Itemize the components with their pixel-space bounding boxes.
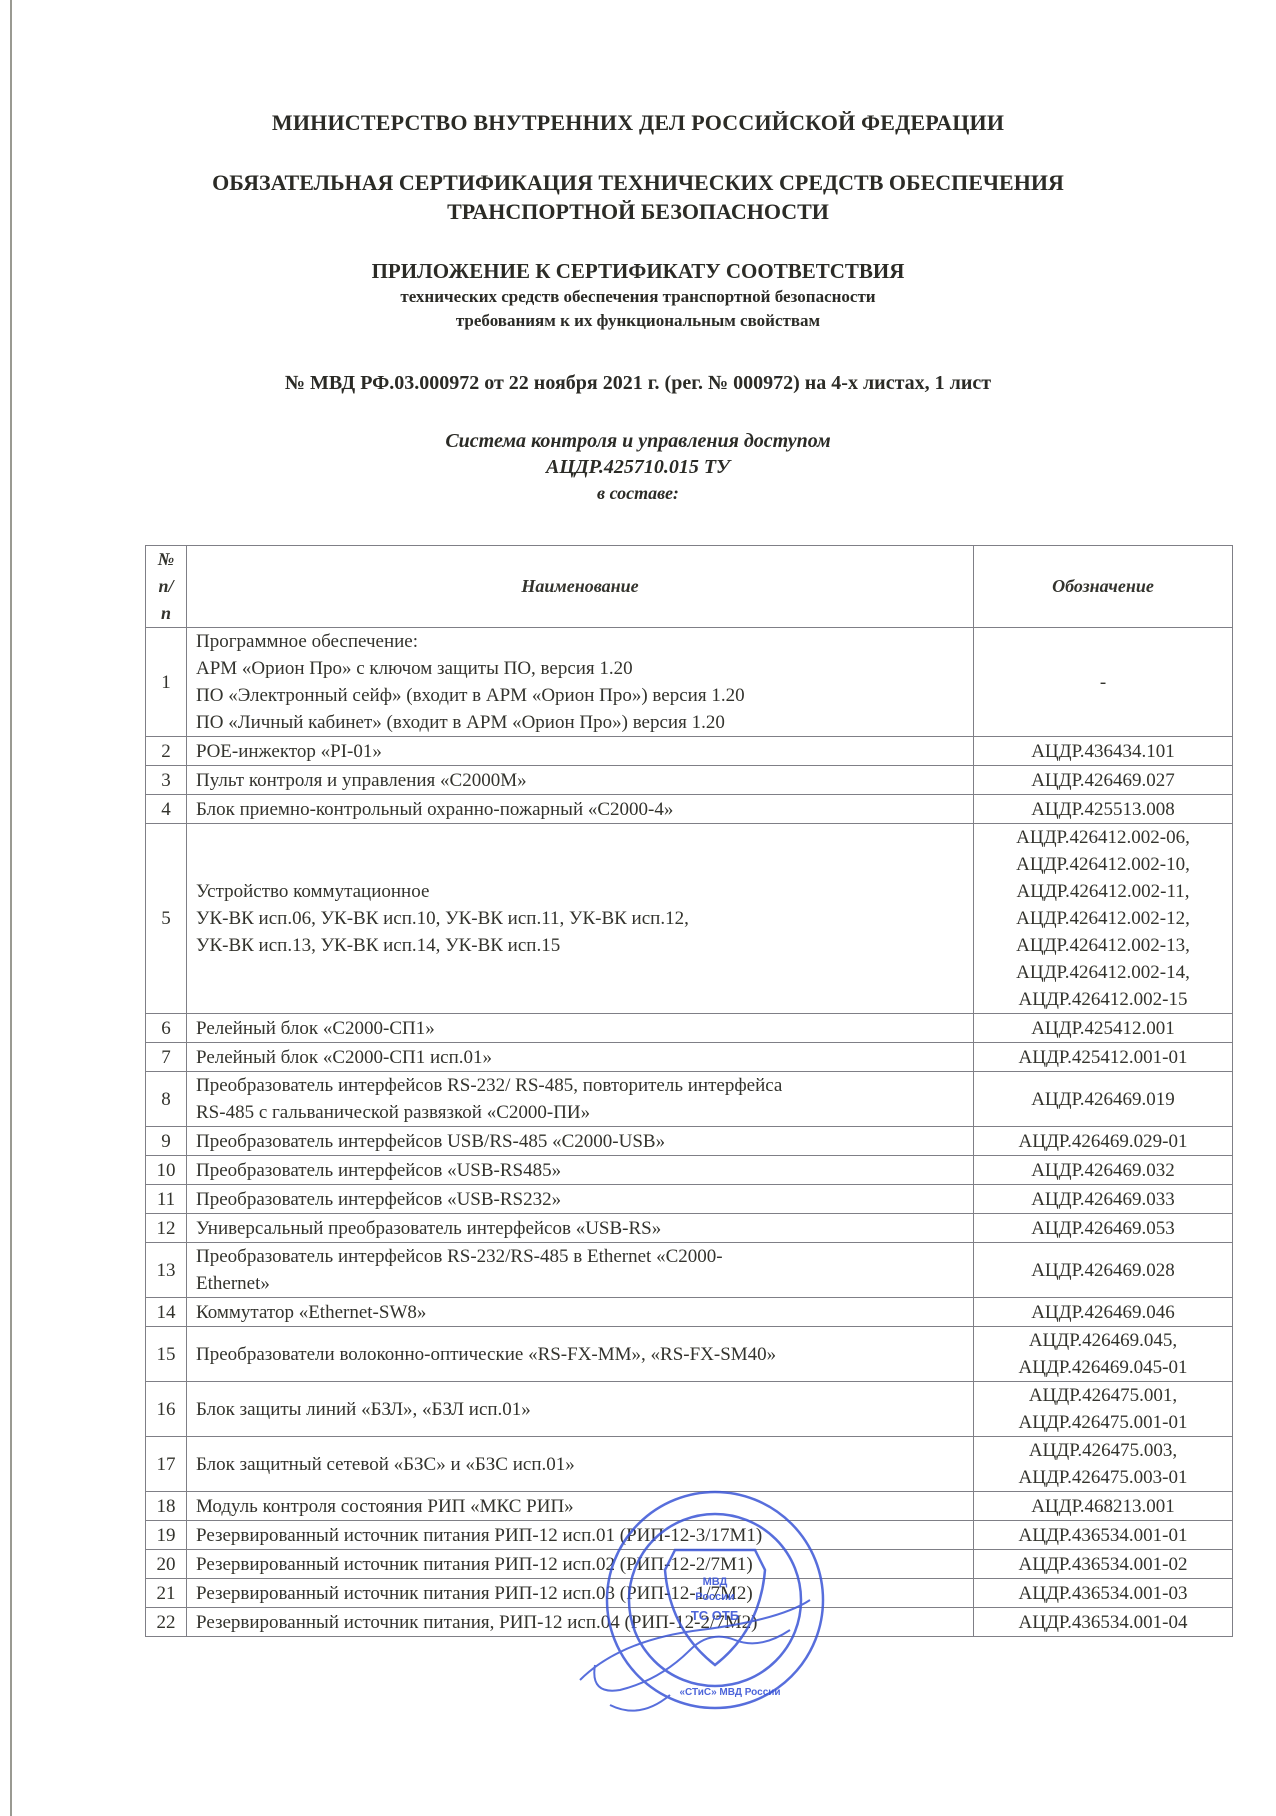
row-number: 21 — [146, 1579, 187, 1608]
row-number: 19 — [146, 1521, 187, 1550]
table-row: 15Преобразователи волоконно-оптические «… — [146, 1327, 1233, 1382]
row-number: 5 — [146, 824, 187, 1014]
row-name: Преобразователь интерфейсов RS-232/RS-48… — [187, 1243, 974, 1298]
row-designation: АЦДР.436534.001-01 — [974, 1521, 1233, 1550]
appendix-subtitle-2: требованиям к их функциональным свойства… — [0, 309, 1276, 333]
row-designation: АЦДР.425513.008 — [974, 795, 1233, 824]
row-designation: АЦДР.426469.029-01 — [974, 1127, 1233, 1156]
table-row: 5Устройство коммутационноеУК-ВК исп.06, … — [146, 824, 1233, 1014]
row-designation: АЦДР.426469.032 — [974, 1156, 1233, 1185]
row-number: 14 — [146, 1298, 187, 1327]
certification-line-2: ТРАНСПОРТНОЙ БЕЗОПАСНОСТИ — [0, 197, 1276, 226]
row-designation: АЦДР.426475.003,АЦДР.426475.003-01 — [974, 1437, 1233, 1492]
row-name: Преобразователь интерфейсов USB/RS-485 «… — [187, 1127, 974, 1156]
table-row: 2POE-инжектор «PI-01»АЦДР.436434.101 — [146, 737, 1233, 766]
table-row: 7Релейный блок «С2000-СП1 исп.01»АЦДР.42… — [146, 1043, 1233, 1072]
certificate-number: № МВД РФ.03.000972 от 22 ноября 2021 г. … — [0, 372, 1276, 395]
row-designation: АЦДР.436534.001-02 — [974, 1550, 1233, 1579]
table-row: 21Резервированный источник питания РИП-1… — [146, 1579, 1233, 1608]
row-number: 11 — [146, 1185, 187, 1214]
certification-line-1: ОБЯЗАТЕЛЬНАЯ СЕРТИФИКАЦИЯ ТЕХНИЧЕСКИХ СР… — [0, 168, 1276, 197]
row-name: Релейный блок «С2000-СП1» — [187, 1014, 974, 1043]
row-number: 13 — [146, 1243, 187, 1298]
table-row: 12Универсальный преобразователь интерфей… — [146, 1214, 1233, 1243]
row-number: 7 — [146, 1043, 187, 1072]
system-code: АЦДР.425710.015 ТУ — [0, 454, 1276, 480]
table-row: 10Преобразователь интерфейсов «USB-RS485… — [146, 1156, 1233, 1185]
table-row: 4Блок приемно-контрольный охранно-пожарн… — [146, 795, 1233, 824]
row-number: 16 — [146, 1382, 187, 1437]
row-number: 20 — [146, 1550, 187, 1579]
row-number: 18 — [146, 1492, 187, 1521]
row-number: 2 — [146, 737, 187, 766]
row-number: 4 — [146, 795, 187, 824]
row-designation: АЦДР.426469.046 — [974, 1298, 1233, 1327]
table-row: 11Преобразователь интерфейсов «USB-RS232… — [146, 1185, 1233, 1214]
row-name: Резервированный источник питания РИП-12 … — [187, 1550, 974, 1579]
row-number: 15 — [146, 1327, 187, 1382]
appendix-heading: ПРИЛОЖЕНИЕ К СЕРТИФИКАТУ СООТВЕТСТВИЯ — [0, 258, 1276, 285]
row-name: Преобразователь интерфейсов «USB-RS232» — [187, 1185, 974, 1214]
row-name: Релейный блок «С2000-СП1 исп.01» — [187, 1043, 974, 1072]
header-num: №п/п — [146, 546, 187, 628]
table-row: 19Резервированный источник питания РИП-1… — [146, 1521, 1233, 1550]
row-number: 8 — [146, 1072, 187, 1127]
system-name: Система контроля и управления доступом — [0, 428, 1276, 454]
row-name: Модуль контроля состояния РИП «МКС РИП» — [187, 1492, 974, 1521]
table-header-row: №п/п Наименование Обозначение — [146, 546, 1233, 628]
row-designation: АЦДР.468213.001 — [974, 1492, 1233, 1521]
row-number: 6 — [146, 1014, 187, 1043]
row-name: Коммутатор «Ethernet-SW8» — [187, 1298, 974, 1327]
row-name: Резервированный источник питания РИП-12 … — [187, 1521, 974, 1550]
table-row: 20Резервированный источник питания РИП-1… — [146, 1550, 1233, 1579]
row-name: POE-инжектор «PI-01» — [187, 737, 974, 766]
row-name: Универсальный преобразователь интерфейсо… — [187, 1214, 974, 1243]
row-designation: АЦДР.436534.001-03 — [974, 1579, 1233, 1608]
table-row: 9Преобразователь интерфейсов USB/RS-485 … — [146, 1127, 1233, 1156]
certification-title: ОБЯЗАТЕЛЬНАЯ СЕРТИФИКАЦИЯ ТЕХНИЧЕСКИХ СР… — [0, 168, 1276, 226]
row-designation: АЦДР.426469.045,АЦДР.426469.045-01 — [974, 1327, 1233, 1382]
table-body: 1Программное обеспечение:АРМ «Орион Про»… — [146, 628, 1233, 1637]
row-name: Блок защитный сетевой «БЗС» и «БЗС исп.0… — [187, 1437, 974, 1492]
equipment-table: №п/п Наименование Обозначение 1Программн… — [145, 545, 1233, 1637]
row-name: Резервированный источник питания, РИП-12… — [187, 1608, 974, 1637]
row-designation: АЦДР.436434.101 — [974, 737, 1233, 766]
row-name: Программное обеспечение:АРМ «Орион Про» … — [187, 628, 974, 737]
row-number: 9 — [146, 1127, 187, 1156]
row-designation: АЦДР.426469.033 — [974, 1185, 1233, 1214]
row-name: Преобразователь интерфейсов «USB-RS485» — [187, 1156, 974, 1185]
row-designation: АЦДР.426469.027 — [974, 766, 1233, 795]
row-designation: АЦДР.425412.001 — [974, 1014, 1233, 1043]
row-number: 1 — [146, 628, 187, 737]
row-designation: АЦДР.426469.019 — [974, 1072, 1233, 1127]
table-row: 22Резервированный источник питания, РИП-… — [146, 1608, 1233, 1637]
header-code: Обозначение — [974, 546, 1233, 628]
row-number: 22 — [146, 1608, 187, 1637]
row-designation: АЦДР.426412.002-06,АЦДР.426412.002-10,АЦ… — [974, 824, 1233, 1014]
table-row: 1Программное обеспечение:АРМ «Орион Про»… — [146, 628, 1233, 737]
row-designation: АЦДР.426469.028 — [974, 1243, 1233, 1298]
row-number: 17 — [146, 1437, 187, 1492]
table-row: 17Блок защитный сетевой «БЗС» и «БЗС исп… — [146, 1437, 1233, 1492]
row-number: 12 — [146, 1214, 187, 1243]
table-row: 3Пульт контроля и управления «С2000М»АЦД… — [146, 766, 1233, 795]
composition-label: в составе: — [0, 480, 1276, 506]
row-number: 3 — [146, 766, 187, 795]
row-designation: АЦДР.426475.001,АЦДР.426475.001-01 — [974, 1382, 1233, 1437]
row-name: Блок защиты линий «БЗЛ», «БЗЛ исп.01» — [187, 1382, 974, 1437]
table-row: 14Коммутатор «Ethernet-SW8»АЦДР.426469.0… — [146, 1298, 1233, 1327]
svg-text:«СТиС» МВД России: «СТиС» МВД России — [679, 1687, 780, 1698]
table-row: 8Преобразователь интерфейсов RS-232/ RS-… — [146, 1072, 1233, 1127]
row-designation: АЦДР.436534.001-04 — [974, 1608, 1233, 1637]
row-designation: АЦДР.425412.001-01 — [974, 1043, 1233, 1072]
table-row: 13Преобразователь интерфейсов RS-232/RS-… — [146, 1243, 1233, 1298]
row-name: Устройство коммутационноеУК-ВК исп.06, У… — [187, 824, 974, 1014]
table-row: 16Блок защиты линий «БЗЛ», «БЗЛ исп.01»А… — [146, 1382, 1233, 1437]
header-name: Наименование — [187, 546, 974, 628]
table-row: 6Релейный блок «С2000-СП1»АЦДР.425412.00… — [146, 1014, 1233, 1043]
row-designation: АЦДР.426469.053 — [974, 1214, 1233, 1243]
appendix-title: ПРИЛОЖЕНИЕ К СЕРТИФИКАТУ СООТВЕТСТВИЯ те… — [0, 258, 1276, 333]
row-name: Преобразователи волоконно-оптические «RS… — [187, 1327, 974, 1382]
system-title: Система контроля и управления доступом А… — [0, 428, 1276, 506]
row-name: Пульт контроля и управления «С2000М» — [187, 766, 974, 795]
ministry-title: МИНИСТЕРСТВО ВНУТРЕННИХ ДЕЛ РОССИЙСКОЙ Ф… — [0, 110, 1276, 136]
row-name: Преобразователь интерфейсов RS-232/ RS-4… — [187, 1072, 974, 1127]
row-name: Резервированный источник питания РИП-12 … — [187, 1579, 974, 1608]
appendix-subtitle-1: технических средств обеспечения транспор… — [0, 285, 1276, 309]
row-name: Блок приемно-контрольный охранно-пожарны… — [187, 795, 974, 824]
row-number: 10 — [146, 1156, 187, 1185]
table-row: 18Модуль контроля состояния РИП «МКС РИП… — [146, 1492, 1233, 1521]
row-designation: - — [974, 628, 1233, 737]
